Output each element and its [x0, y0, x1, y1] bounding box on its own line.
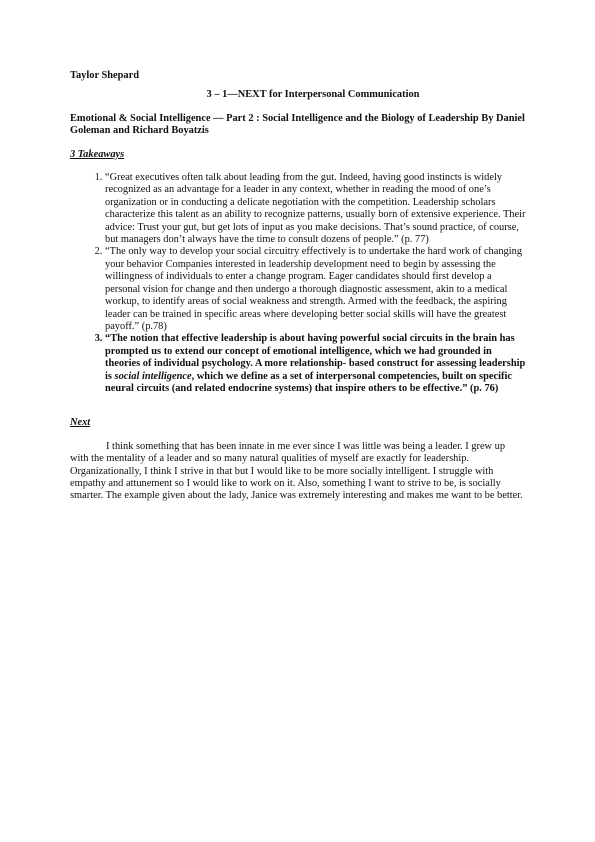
takeaways-heading: 3 Takeaways [70, 149, 526, 161]
document-page: Taylor Shepard 3 – 1—NEXT for Interperso… [70, 70, 526, 503]
assignment-title: 3 – 1—NEXT for Interpersonal Communicati… [70, 89, 526, 101]
takeaway-text: “The only way to develop your social cir… [105, 246, 522, 331]
takeaway-item-1: “Great executives often talk about leadi… [105, 172, 526, 246]
takeaways-list: “Great executives often talk about leadi… [70, 172, 526, 395]
next-paragraph: I think something that has been innate i… [70, 441, 526, 503]
takeaway-emphasis: social intelligence [115, 371, 192, 382]
next-heading: Next [70, 417, 526, 429]
takeaway-text: “Great executives often talk about leadi… [105, 172, 525, 245]
takeaway-item-3: “The notion that effective leadership is… [105, 333, 526, 395]
article-title: Emotional & Social Intelligence — Part 2… [70, 113, 526, 138]
author-name: Taylor Shepard [70, 70, 526, 82]
takeaway-item-2: “The only way to develop your social cir… [105, 246, 526, 333]
